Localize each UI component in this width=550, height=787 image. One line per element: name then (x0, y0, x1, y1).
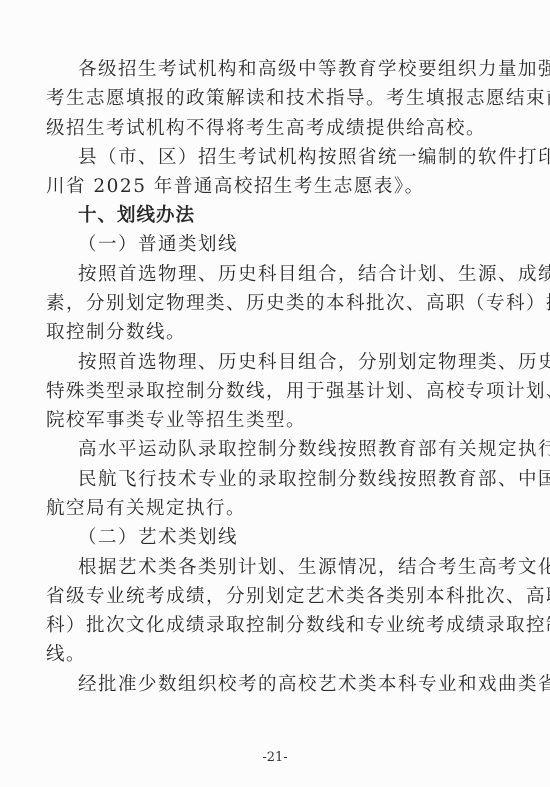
text-line: 民航飞行技术专业的录取控制分数线按照教育部、中国民用 (78, 467, 484, 493)
text-line: 航空局有关规定执行。 (46, 496, 484, 522)
text-line: 线。 (46, 642, 484, 668)
text-line: 各级招生考试机构和高级中等教育学校要组织力量加强对 (78, 57, 484, 83)
text-line: 取控制分数线。 (46, 320, 484, 346)
text-line: 根据艺术类各类别计划、生源情况，结合考生高考文化成绩、 (78, 555, 484, 581)
text-line: 科）批次文化成绩录取控制分数线和专业统考成绩录取控制分数 (46, 613, 484, 639)
text-line: 特殊类型录取控制分数线，用于强基计划、高校专项计划、军队 (46, 379, 484, 405)
text-line: 按照首选物理、历史科目组合，分别划定物理类、历史类的 (78, 350, 484, 376)
text-line: 院校军事类专业等招生类型。 (46, 408, 484, 434)
subsection-heading: （二）艺术类划线 (78, 525, 484, 551)
section-heading: 十、划线办法 (78, 203, 484, 229)
text-line: 县（市、区）招生考试机构按照省统一编制的软件打印《四 (78, 145, 484, 171)
text-line: 考生志愿填报的政策解读和技术指导。考生填报志愿结束前，各 (46, 86, 484, 112)
text-line: 按照首选物理、历史科目组合，结合计划、生源、成绩等因 (78, 262, 484, 288)
text-line: 经批准少数组织校考的高校艺术类本科专业和戏曲类省际 (78, 672, 484, 698)
text-line: 高水平运动队录取控制分数线按照教育部有关规定执行。 (78, 437, 484, 463)
document-page: 各级招生考试机构和高级中等教育学校要组织力量加强对 考生志愿填报的政策解读和技术… (0, 0, 550, 787)
text-line: 级招生考试机构不得将考生高考成绩提供给高校。 (46, 116, 484, 142)
text-line: 素，分别划定物理类、历史类的本科批次、高职（专科）批次录 (46, 291, 484, 317)
page-number: -21- (0, 750, 550, 765)
subsection-heading: （一）普通类划线 (78, 232, 484, 258)
text-line: 省级专业统考成绩，分别划定艺术类各类别本科批次、高职（专 (46, 584, 484, 610)
text-line: 川省 2025 年普通高校招生考生志愿表》。 (46, 174, 484, 200)
